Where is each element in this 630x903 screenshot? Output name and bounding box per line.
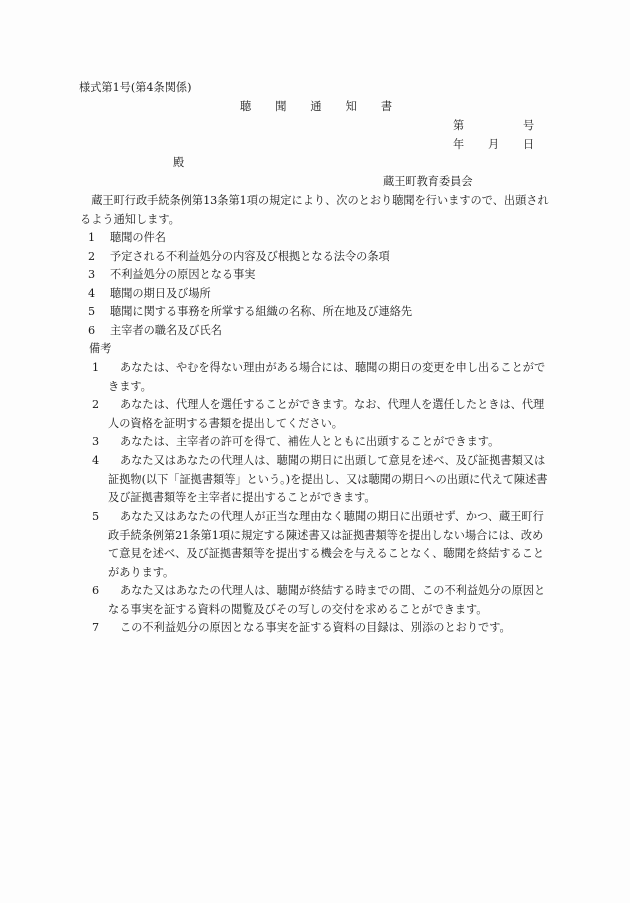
notes-heading: 備考 (89, 342, 111, 355)
date-month: 月 (488, 138, 499, 151)
intro-paragraph: 蔵王町行政手続条例第13条第1項の規定により、次のとおり聴聞を行いますので、出頭… (80, 191, 550, 229)
date-year: 年 (453, 138, 464, 151)
number-prefix: 第 (453, 119, 464, 132)
number-suffix: 号 (523, 119, 534, 132)
title-char: 通 (310, 100, 321, 113)
title-char: 聞 (275, 100, 286, 113)
list-item: 4聴聞の期日及び場所 (88, 287, 211, 300)
list-item: 5聴聞に関する事務を所掌する組織の名称、所在地及び連絡先 (88, 305, 412, 318)
note-item: 2あなたは、代理人を選任することができます。なお、代理人を選任したときは、代理人… (100, 396, 550, 433)
list-item: 2予定される不利益処分の内容及び根拠となる法令の条項 (88, 250, 390, 263)
note-item: 1あなたは、やむを得ない理由がある場合には、聴聞の期日の変更を申し出ることができ… (100, 359, 550, 396)
addressee-suffix: 殿 (173, 156, 184, 169)
form-label: 様式第1号(第4条関係) (79, 81, 191, 94)
list-item: 1聴聞の件名 (88, 231, 166, 244)
list-item: 3不利益処分の原因となる事実 (88, 268, 255, 281)
title-char: 聴 (240, 100, 251, 113)
note-item: 7この不利益処分の原因となる事実を証する資料の目録は、別添のとおりです。 (100, 619, 550, 638)
list-item: 6主宰者の職名及び氏名 (88, 324, 222, 337)
document-title: 聴聞通知書 (240, 100, 416, 113)
title-char: 書 (381, 100, 392, 113)
note-item: 5あなた又はあなたの代理人が正当な理由なく聴聞の期日に出頭せず、かつ、蔵王町行政… (100, 508, 550, 582)
note-item: 6あなた又はあなたの代理人は、聴聞が終結する時までの間、この不利益処分の原因とな… (100, 582, 550, 619)
date-day: 日 (523, 138, 534, 151)
note-item: 4あなた又はあなたの代理人は、聴聞の期日に出頭して意見を述べ、及び証拠書類又は証… (100, 452, 550, 508)
title-char: 知 (346, 100, 357, 113)
issuer-name: 蔵王町教育委員会 (383, 175, 473, 188)
note-item: 3あなたは、主宰者の許可を得て、補佐人とともに出頭することができます。 (100, 433, 550, 452)
